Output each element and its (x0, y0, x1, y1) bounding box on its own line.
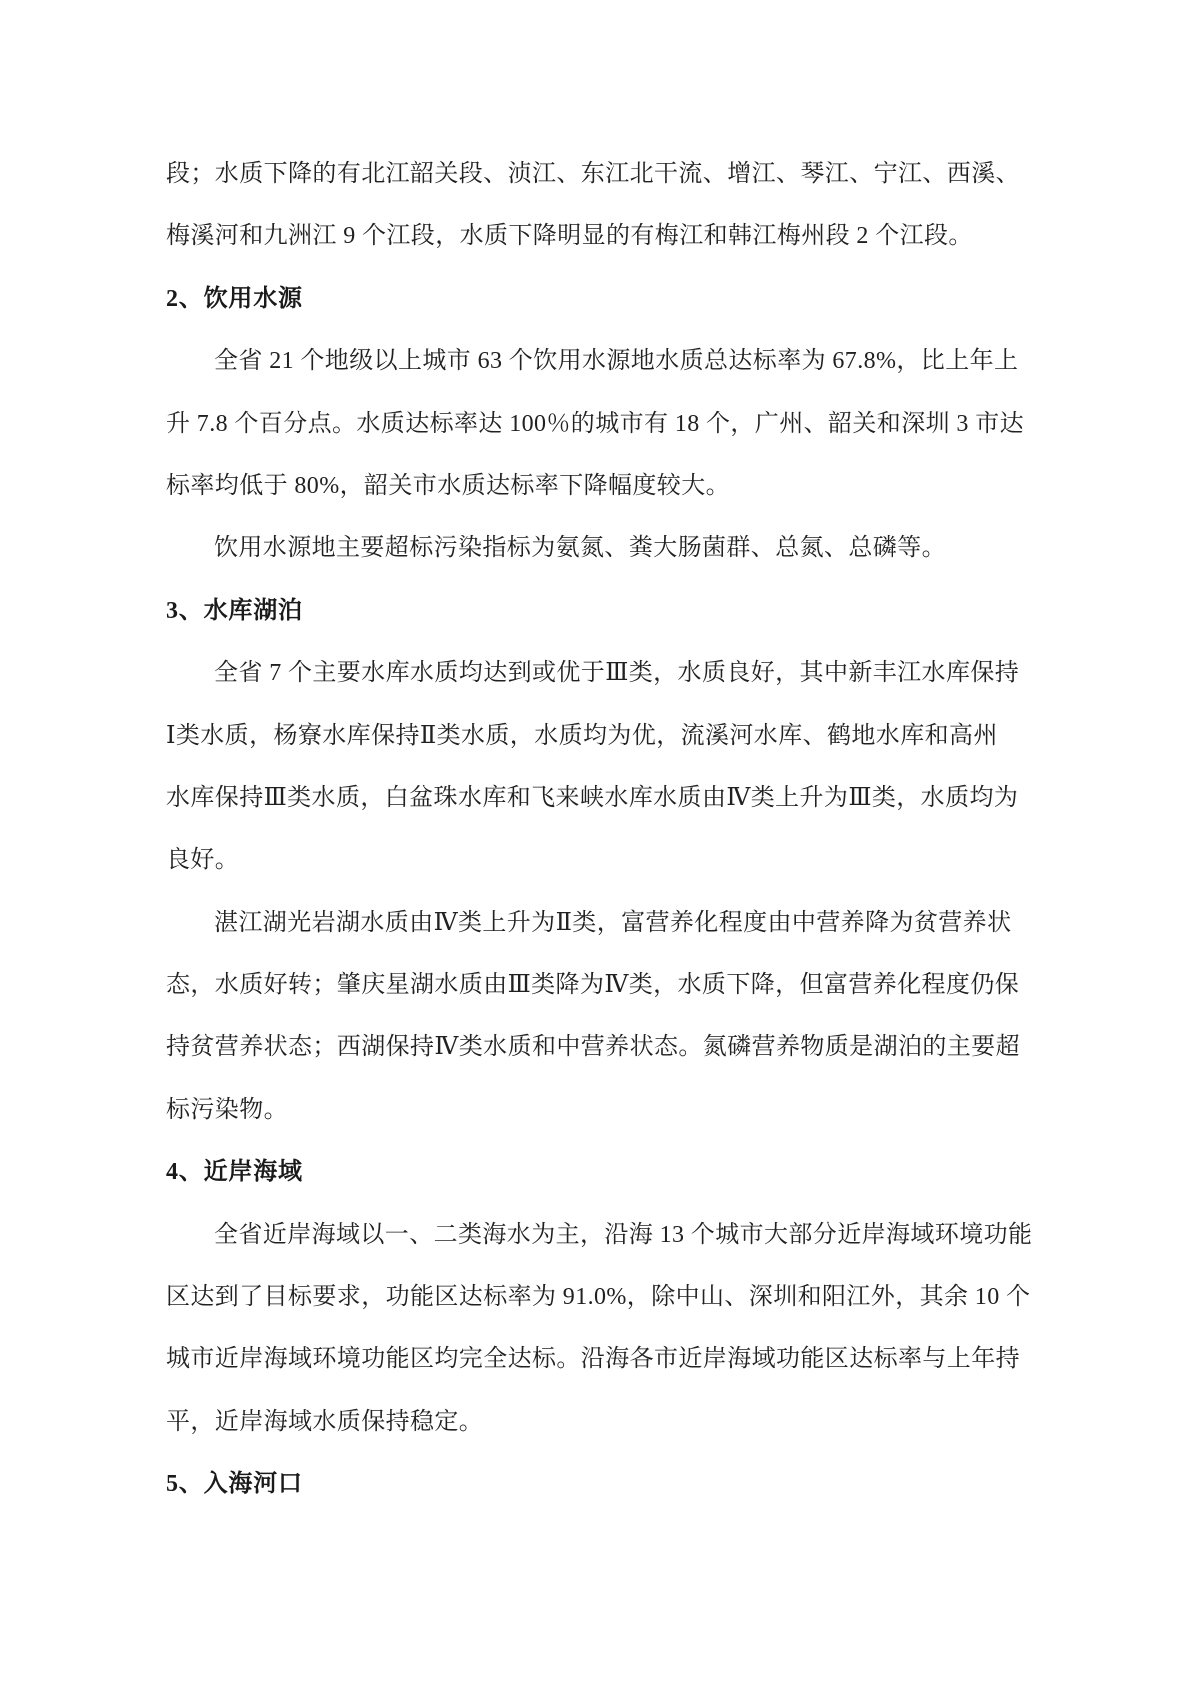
paragraph-text-line: 区达到了目标要求，功能区达标率为 91.0%，除中山、深圳和阳江外，其余 10 … (166, 1266, 1071, 1328)
paragraph-text-line: 态，水质好转；肇庆星湖水质由Ⅲ类降为Ⅳ类，水质下降，但富营养化程度仍保 (166, 954, 1071, 1016)
body-paragraph: 全省 21 个地级以上城市 63 个饮用水源地水质总达标率为 67.8%，比上年… (166, 330, 1071, 517)
paragraph-text-line: 全省 21 个地级以上城市 63 个饮用水源地水质总达标率为 67.8%，比上年… (166, 330, 1071, 392)
paragraph-text-line: 饮用水源地主要超标污染指标为氨氮、粪大肠菌群、总氮、总磷等。 (166, 517, 1071, 579)
section-heading: 2、饮用水源 (166, 268, 1071, 330)
paragraph-text-line: 全省近岸海域以一、二类海水为主，沿海 13 个城市大部分近岸海域环境功能 (166, 1204, 1071, 1266)
section-heading: 3、水库湖泊 (166, 580, 1071, 642)
heading-text-line: 5、入海河口 (166, 1453, 1071, 1515)
paragraph-text-line: 升 7.8 个百分点。水质达标率达 100％的城市有 18 个，广州、韶关和深圳… (166, 393, 1071, 455)
paragraph-text-line: 全省 7 个主要水库水质均达到或优于Ⅲ类，水质良好，其中新丰江水库保持 (166, 642, 1071, 704)
body-paragraph: 全省近岸海域以一、二类海水为主，沿海 13 个城市大部分近岸海域环境功能区达到了… (166, 1204, 1071, 1454)
heading-text-line: 2、饮用水源 (166, 268, 1071, 330)
section-heading: 5、入海河口 (166, 1453, 1071, 1515)
body-paragraph: 湛江湖光岩湖水质由Ⅳ类上升为Ⅱ类，富营养化程度由中营养降为贫营养状态，水质好转；… (166, 892, 1071, 1142)
paragraph-text-line: 湛江湖光岩湖水质由Ⅳ类上升为Ⅱ类，富营养化程度由中营养降为贫营养状 (166, 892, 1071, 954)
heading-text-line: 4、近岸海域 (166, 1141, 1071, 1203)
heading-text-line: 3、水库湖泊 (166, 580, 1071, 642)
paragraph-text-line: 城市近岸海域环境功能区均完全达标。沿海各市近岸海域功能区达标率与上年持 (166, 1328, 1071, 1390)
document-content: 段；水质下降的有北江韶关段、浈江、东江北干流、增江、琴江、宁江、西溪、梅溪河和九… (166, 143, 1071, 1516)
body-paragraph: 全省 7 个主要水库水质均达到或优于Ⅲ类，水质良好，其中新丰江水库保持Ⅰ类水质，… (166, 642, 1071, 892)
paragraph-text-line: 水库保持Ⅲ类水质，白盆珠水库和飞来峡水库水质由Ⅳ类上升为Ⅲ类，水质均为 (166, 767, 1071, 829)
paragraph-text-line: 段；水质下降的有北江韶关段、浈江、东江北干流、增江、琴江、宁江、西溪、 (166, 143, 1071, 205)
paragraph-text-line: Ⅰ类水质，杨寮水库保持Ⅱ类水质，水质均为优，流溪河水库、鹤地水库和高州 (166, 705, 1071, 767)
paragraph-text-line: 梅溪河和九洲江 9 个江段，水质下降明显的有梅江和韩江梅州段 2 个江段。 (166, 205, 1071, 267)
paragraph-text-line: 标污染物。 (166, 1079, 1071, 1141)
body-paragraph: 段；水质下降的有北江韶关段、浈江、东江北干流、增江、琴江、宁江、西溪、梅溪河和九… (166, 143, 1071, 268)
document-page: 段；水质下降的有北江韶关段、浈江、东江北干流、增江、琴江、宁江、西溪、梅溪河和九… (0, 0, 1191, 1684)
section-heading: 4、近岸海域 (166, 1141, 1071, 1203)
paragraph-text-line: 持贫营养状态；西湖保持Ⅳ类水质和中营养状态。氮磷营养物质是湖泊的主要超 (166, 1016, 1071, 1078)
paragraph-text-line: 良好。 (166, 829, 1071, 891)
paragraph-text-line: 平，近岸海域水质保持稳定。 (166, 1391, 1071, 1453)
paragraph-text-line: 标率均低于 80%，韶关市水质达标率下降幅度较大。 (166, 455, 1071, 517)
body-paragraph: 饮用水源地主要超标污染指标为氨氮、粪大肠菌群、总氮、总磷等。 (166, 517, 1071, 579)
